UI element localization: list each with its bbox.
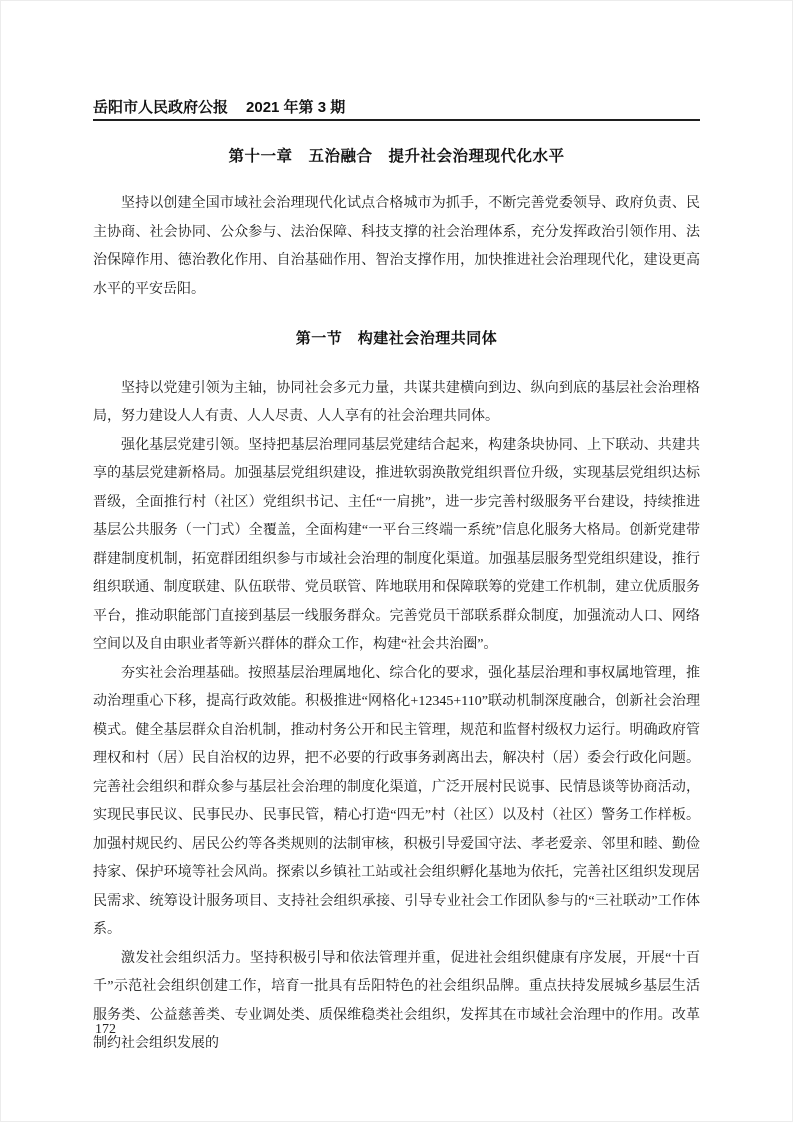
body-paragraph-1: 坚持以党建引领为主轴，协同社会多元力量，共谋共建横向到边、纵向到底的基层社会治理… [93,375,700,432]
page-number: 172 [95,1022,116,1038]
chapter-title: 第十一章 五治融合 提升社会治理现代化水平 [93,144,700,166]
body-paragraph-4: 激发社会组织活力。坚持积极引导和依法管理并重，促进社会组织健康有序发展，开展“十… [93,945,700,1059]
document-body: 坚持以创建全国市域社会治理现代化试点合格城市为抓手，不断完善党委领导、政府负责、… [93,190,700,1059]
gazette-title: 岳阳市人民政府公报 [93,96,228,117]
gazette-issue: 2021 年第 3 期 [246,96,345,117]
running-header: 岳阳市人民政府公报 2021 年第 3 期 [93,96,700,117]
section-title: 第一节 构建社会治理共同体 [93,325,700,354]
body-paragraph-2: 强化基层党建引领。坚持把基层治理同基层党建结合起来，构建条块协同、上下联动、共建… [93,432,700,660]
intro-paragraph: 坚持以创建全国市域社会治理现代化试点合格城市为抓手，不断完善党委领导、政府负责、… [93,190,700,304]
gazette-page: 岳阳市人民政府公报 2021 年第 3 期 第十一章 五治融合 提升社会治理现代… [0,0,793,1122]
header-rule [93,119,700,121]
body-paragraph-3: 夯实社会治理基础。按照基层治理属地化、综合化的要求，强化基层治理和事权属地管理，… [93,660,700,945]
